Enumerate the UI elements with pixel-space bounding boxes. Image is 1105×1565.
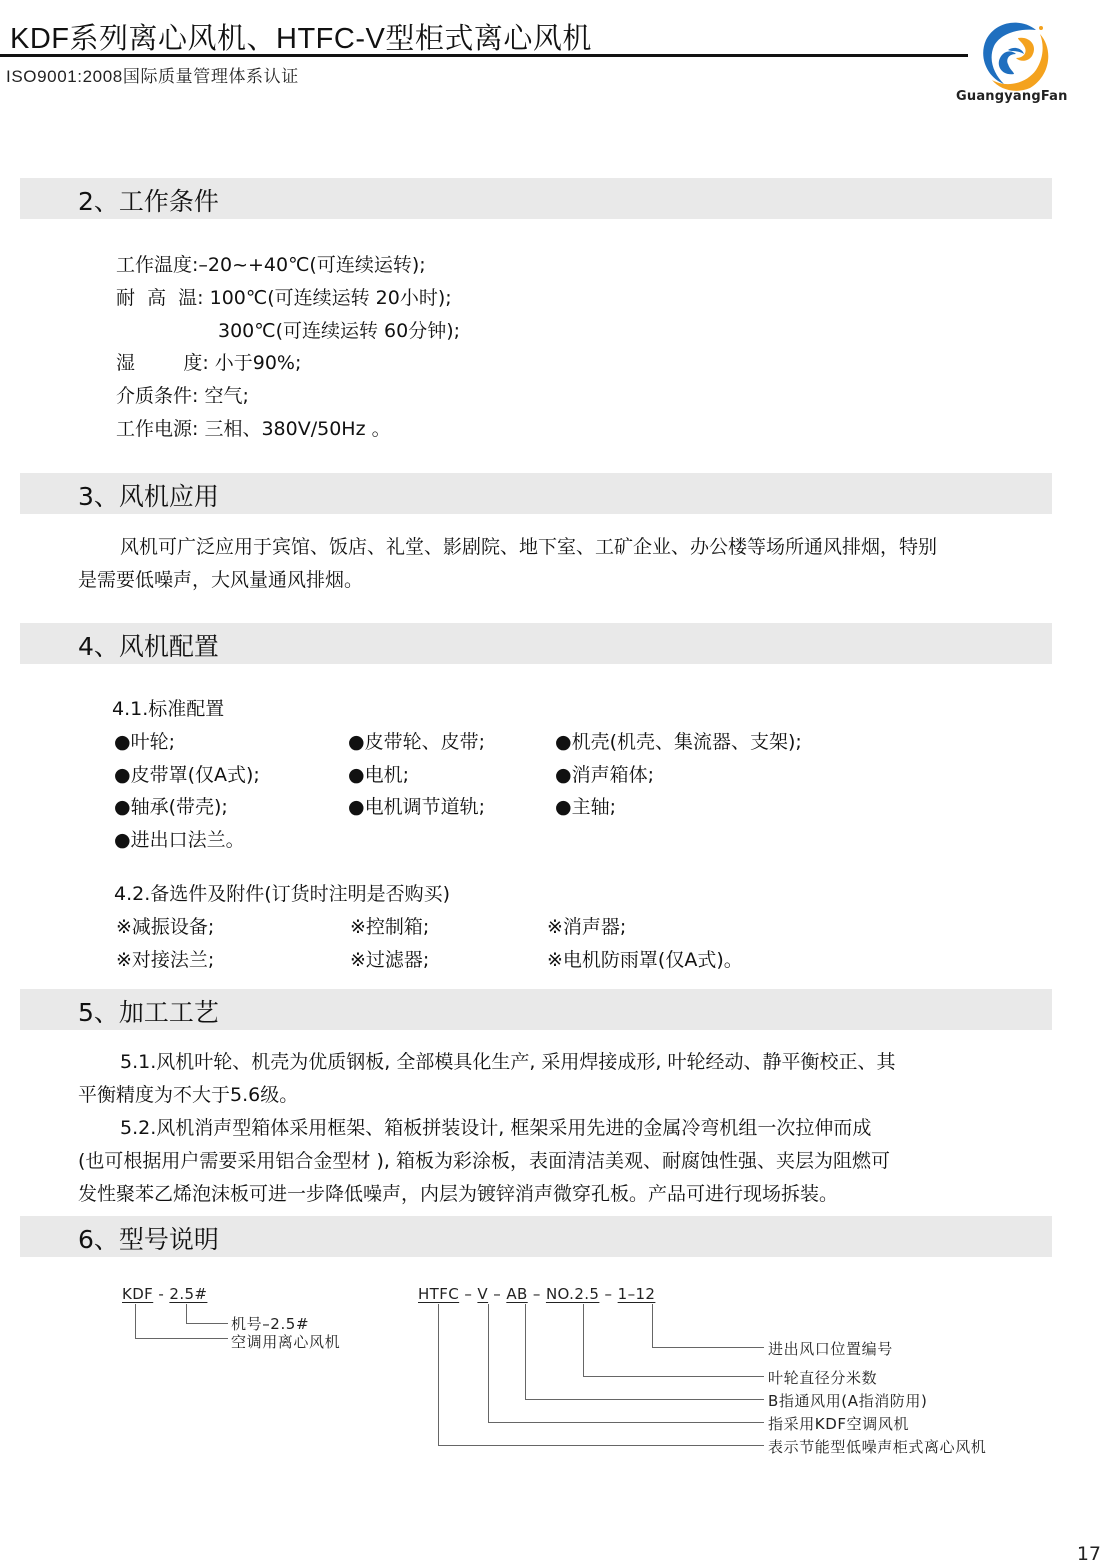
optional-item: ※消声器; bbox=[547, 912, 626, 939]
condition-temperature: 工作温度:–20~+40℃(可连续运转); bbox=[116, 250, 426, 277]
connector-line bbox=[135, 1304, 136, 1339]
htfc-model-code: HTFC – V – AB – NO.2.5 – 1–12 bbox=[418, 1285, 655, 1303]
standard-item: ●机壳(机壳、集流器、支架); bbox=[555, 727, 802, 754]
application-line-2: 是需要低噪声，大风量通风排烟。 bbox=[78, 565, 363, 592]
standard-item: ●电机调节道轨; bbox=[348, 792, 485, 819]
section-bar-configuration: 4、风机配置 bbox=[20, 623, 1052, 664]
standard-item: ●电机; bbox=[348, 760, 409, 787]
connector-line bbox=[186, 1304, 187, 1324]
htfc-label-series: 表示节能型低噪声柜式离心风机 bbox=[768, 1436, 986, 1457]
header-rule bbox=[0, 54, 968, 57]
process-line-2: 平衡精度为不大于5.6级。 bbox=[78, 1080, 298, 1107]
company-logo-icon bbox=[978, 18, 1056, 94]
connector-line bbox=[525, 1304, 526, 1400]
application-line-1: 风机可广泛应用于宾馆、饭店、礼堂、影剧院、地下室、工矿企业、办公楼等场所通风排烟… bbox=[120, 532, 937, 559]
section-bar-process: 5、加工工艺 bbox=[20, 989, 1052, 1030]
code-part-number: 2.5# bbox=[169, 1285, 207, 1303]
process-line-3: 5.2.风机消声型箱体采用框架、箱板拼装设计, 框架采用先进的金属冷弯机组一次拉… bbox=[120, 1113, 871, 1140]
condition-heat-resistance-2: 300℃(可连续运转 60分钟); bbox=[218, 316, 460, 343]
standard-item: ●消声箱体; bbox=[555, 760, 654, 787]
htfc-label-impeller-diameter: 叶轮直径分米数 bbox=[768, 1367, 877, 1388]
section-title: 2、工作条件 bbox=[78, 182, 219, 218]
code-part-series: KDF bbox=[122, 1285, 153, 1303]
standard-item: ●轴承(带壳); bbox=[114, 792, 228, 819]
optional-item: ※控制箱; bbox=[350, 912, 429, 939]
htfc-label-usage: B指通风用(A指消防用) bbox=[768, 1390, 927, 1411]
logo-text: GuangyangFan bbox=[956, 89, 1068, 104]
standard-item: ●进出口法兰。 bbox=[114, 825, 245, 852]
condition-heat-resistance: 耐 高 温: 100℃(可连续运转 20小时); bbox=[116, 283, 452, 310]
kdf-model-code: KDF - 2.5# bbox=[122, 1285, 207, 1303]
kdf-label-series: 空调用离心风机 bbox=[231, 1331, 340, 1352]
process-line-1: 5.1.风机叶轮、机壳为优质钢板, 全部模具化生产, 采用焊接成形, 叶轮经动、… bbox=[120, 1047, 896, 1074]
htfc-label-outlet-position: 进出风口位置编号 bbox=[768, 1338, 893, 1359]
standard-item: ●皮带罩(仅A式); bbox=[114, 760, 260, 787]
condition-medium: 介质条件: 空气; bbox=[116, 381, 249, 408]
connector-line bbox=[135, 1338, 228, 1339]
process-line-4: (也可根据用户需要采用铝合金型材 ), 箱板为彩涂板，表面清洁美观、耐腐蚀性强、… bbox=[78, 1146, 890, 1173]
connector-line bbox=[186, 1323, 228, 1324]
connector-line bbox=[438, 1445, 764, 1446]
standard-item: ●主轴; bbox=[555, 792, 616, 819]
page-number: 17 bbox=[1077, 1543, 1101, 1565]
connector-line bbox=[525, 1399, 764, 1400]
optional-item: ※电机防雨罩(仅A式)。 bbox=[547, 945, 743, 972]
optional-item: ※减振设备; bbox=[116, 912, 214, 939]
connector-line bbox=[583, 1376, 764, 1377]
connector-line bbox=[652, 1347, 764, 1348]
standard-config-title: 4.1.标准配置 bbox=[112, 694, 224, 721]
certification-line: ISO9001:2008国际质量管理体系认证 bbox=[6, 62, 299, 87]
htfc-label-kdf: 指采用KDF空调风机 bbox=[768, 1413, 909, 1434]
connector-line bbox=[488, 1304, 489, 1423]
connector-line bbox=[488, 1422, 764, 1423]
condition-power: 工作电源: 三相、380V/50Hz 。 bbox=[116, 414, 391, 441]
section-title: 6、型号说明 bbox=[78, 1220, 219, 1256]
connector-line bbox=[652, 1304, 653, 1348]
standard-item: ●皮带轮、皮带; bbox=[348, 727, 485, 754]
optional-config-title: 4.2.备选件及附件(订货时注明是否购买) bbox=[114, 879, 450, 906]
process-line-5: 发性聚苯乙烯泡沫板可进一步降低噪声，内层为镀锌消声微穿孔板。产品可进行现场拆装。 bbox=[78, 1179, 838, 1206]
document-title: KDF系列离心风机、HTFC-V型柜式离心风机 bbox=[10, 16, 592, 57]
optional-item: ※过滤器; bbox=[350, 945, 429, 972]
section-title: 5、加工工艺 bbox=[78, 993, 219, 1029]
section-title: 3、风机应用 bbox=[78, 477, 219, 513]
connector-line bbox=[583, 1304, 584, 1377]
condition-humidity: 湿 度: 小于90%; bbox=[116, 348, 301, 375]
section-bar-model: 6、型号说明 bbox=[20, 1216, 1052, 1257]
standard-item: ●叶轮; bbox=[114, 727, 175, 754]
section-title: 4、风机配置 bbox=[78, 627, 219, 663]
section-bar-working-conditions: 2、工作条件 bbox=[20, 178, 1052, 219]
connector-line bbox=[438, 1304, 439, 1446]
optional-item: ※对接法兰; bbox=[116, 945, 214, 972]
section-bar-application: 3、风机应用 bbox=[20, 473, 1052, 514]
